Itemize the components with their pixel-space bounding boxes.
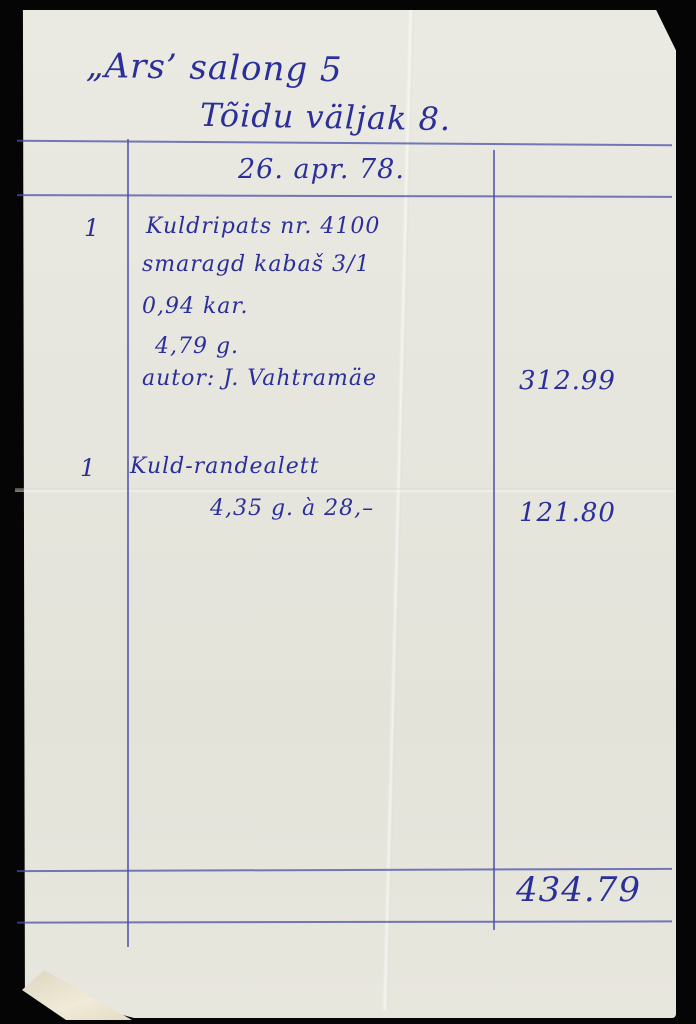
item-description-line: Kuld-randealett — [130, 454, 319, 479]
receipt-date: 26. apr. 78. — [238, 154, 405, 185]
rule-amount-column — [493, 150, 495, 930]
item-amount: 121.80 — [519, 498, 616, 528]
item-amount: 312.99 — [519, 366, 616, 396]
item-description-line: smaragd kabaš 3/1 — [142, 252, 370, 277]
item-description-line: autor: J. Vahtramäe — [142, 366, 377, 391]
item-description-line: Kuldripats nr. 4100 — [146, 214, 380, 239]
item-qty: 1 — [80, 454, 96, 482]
item-description-line: 0,94 kar. — [142, 294, 249, 319]
shop-address: Tõidu väljak 8. — [200, 96, 452, 138]
item-description-line: 4,79 g. — [155, 334, 239, 359]
item-qty: 1 — [84, 214, 100, 242]
item-description-line: 4,35 g. à 28,– — [210, 496, 374, 521]
paper-fold-horizontal — [15, 488, 675, 492]
rule-qty-column — [127, 139, 129, 947]
shop-name: „Ars’ salong 5 — [86, 46, 343, 90]
receipt-total: 434.79 — [516, 870, 641, 910]
